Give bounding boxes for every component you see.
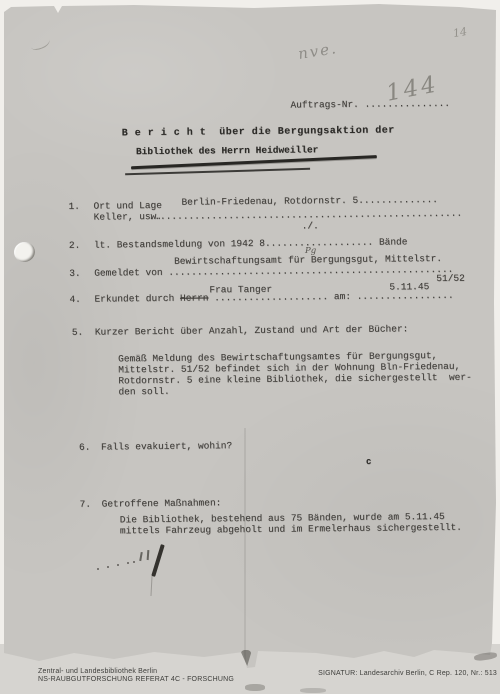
item-1-number: 1.: [68, 201, 80, 212]
item-4-struck-word: Herrn: [180, 292, 209, 303]
pencil-mark-pg: Pg: [305, 246, 316, 256]
item-1-slash-mark: ./.: [302, 220, 319, 231]
pencil-scribble-dot: [97, 568, 99, 570]
item-2-number: 2.: [69, 240, 81, 251]
item-4-am-label: am:: [334, 291, 351, 302]
footer-signatur: SIGNATUR: Landesarchiv Berlin, C Rep. 12…: [318, 670, 497, 678]
item-6-number: 6.: [79, 442, 91, 453]
bottom-smudge: [300, 688, 326, 693]
item-7-paragraph-line: mittels Fahrzeug abgeholt und im Ermeler…: [120, 522, 462, 537]
title-underline-heavy: [131, 155, 377, 169]
pencil-scribble-dot: [117, 564, 119, 566]
title-underline-thin: [125, 168, 310, 175]
item-4-label: Erkundet durch: [94, 293, 180, 305]
item-1-fill-address: Berlin-Friedenau, Rotdornstr. 5.........…: [181, 194, 438, 208]
paper-crease-line: [244, 428, 246, 663]
item-4-number: 4.: [69, 294, 81, 305]
item-4-dotted-line-1: ....................: [208, 291, 334, 303]
paper-sheet: 14 nve. 144 Auftrags-Nr. ...............…: [4, 3, 496, 685]
item-3-label: Gemeldet von: [94, 267, 168, 279]
pencil-scribble-dot: [107, 566, 109, 568]
pencil-scribble-dot: [127, 562, 129, 564]
item-3-fill-street-number: 51/52: [436, 273, 465, 284]
item-3-number: 3.: [69, 268, 81, 279]
item-5-paragraph-line: den soll.: [118, 386, 169, 398]
pencil-scribble-dot: [133, 561, 135, 563]
footer-institution-line2: NS-RAUBGUTFORSCHUNG REFERAT 4C - FORSCHU…: [38, 676, 234, 684]
paper-content: 14 nve. 144 Auftrags-Nr. ...............…: [0, 0, 500, 694]
item-5-number: 5.: [72, 327, 84, 338]
document-scan: 14 nve. 144 Auftrags-Nr. ...............…: [0, 0, 500, 694]
item-4-row: Erkundet durch Herrn ...................…: [94, 290, 453, 305]
item-2-text: lt. Bestandsmeldung von 1942 8..........…: [94, 236, 408, 250]
report-title-line1: B e r i c h t über die Bergungsaktion de…: [122, 125, 395, 139]
typed-text-block: Auftrags-Nr. ............... B e r i c h…: [0, 0, 500, 694]
report-title-line2: Bibliothek des Herrn Heidweiller: [136, 144, 319, 157]
item-7-label: Getroffene Maßnahmen:: [102, 497, 222, 509]
item-3-row: Gemeldet von ...........................…: [94, 264, 453, 279]
stray-ink-mark: c: [366, 457, 371, 468]
item-4-dotted-line-2: .................: [351, 290, 454, 302]
bottom-smudge: [245, 684, 265, 691]
item-5-paragraph-line: Rotdornstr. 5 eine kleine Bibliothek, di…: [118, 372, 472, 387]
item-3-dotted-line: ........................................…: [168, 264, 453, 278]
item-1-label-line1: Ort und Lage: [93, 200, 162, 212]
item-7-number: 7.: [80, 499, 92, 510]
item-5-label: Kurzer Bericht über Anzahl, Zustand und …: [95, 323, 409, 337]
footer-institution-line1: Zentral- und Landesbibliothek Berlin: [38, 668, 157, 676]
item-6-label: Falls evakuiert, wohin?: [101, 440, 232, 452]
auftrag-number-line: Auftrags-Nr. ...............: [290, 98, 450, 111]
